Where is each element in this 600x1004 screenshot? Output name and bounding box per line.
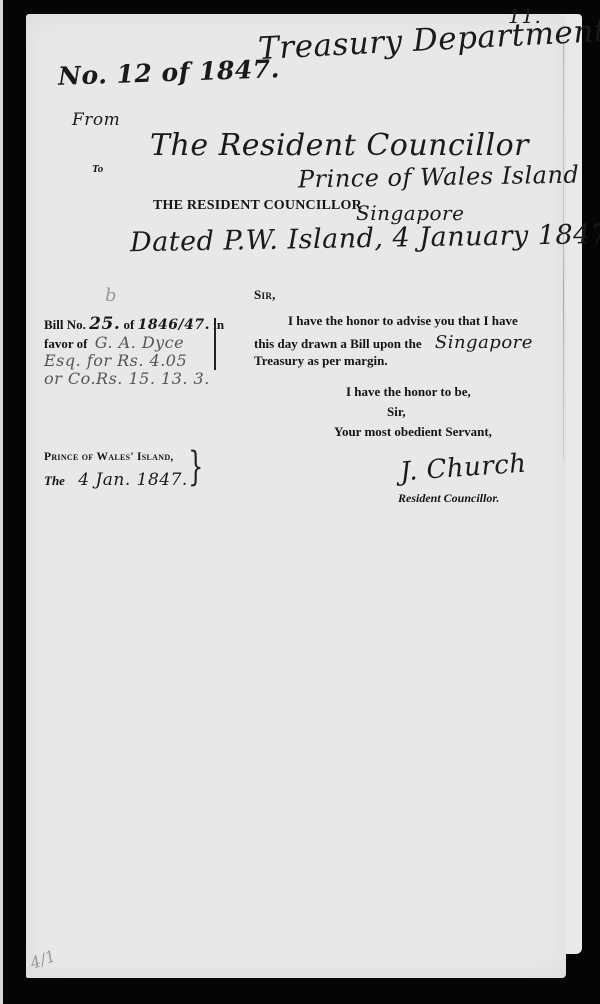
payee-amount: Esq. for Rs. 4.05	[44, 351, 187, 370]
bill-year: 1846/47.	[138, 317, 210, 333]
body-line-3: Treasury as per margin.	[254, 353, 388, 369]
place-brace: }	[188, 447, 203, 487]
the-label: The	[44, 473, 65, 488]
bill-number: 25.	[89, 314, 120, 334]
from-label: From	[72, 110, 120, 130]
letter-date: 4 Jan. 1847.	[78, 470, 188, 490]
closing-line-3: Your most obedient Servant,	[334, 424, 492, 440]
closing-line-1: I have the honor to be,	[346, 384, 471, 400]
closing-line-2: Sir,	[387, 404, 406, 420]
body-line-1: I have the honor to advise you that I ha…	[288, 313, 518, 329]
salutation: Sir,	[254, 287, 276, 303]
drawee-treasury: Singapore	[435, 332, 533, 353]
of-label: of	[123, 317, 134, 332]
signature-title: Resident Councillor.	[398, 491, 499, 506]
place-label: Prince of Wales' Island,	[44, 451, 174, 463]
pencil-mark: b	[105, 285, 117, 306]
payee-name: G. A. Dyce	[95, 333, 184, 352]
from-value: The Resident Councillor	[150, 128, 529, 163]
to-label: To	[92, 163, 103, 175]
body-line-2-prefix: this day drawn a Bill upon the	[254, 336, 422, 351]
margin-divider	[214, 318, 216, 370]
adjacent-page-edge	[0, 0, 3, 1004]
margin-bill-line-1: Bill No. 25. of 1846/47. in	[44, 314, 224, 334]
bill-label: Bill No.	[44, 317, 86, 332]
place-date-line: The 4 Jan. 1847.	[44, 470, 188, 490]
from-location: Prince of Wales Island	[298, 161, 580, 194]
to-value: THE RESIDENT COUNCILLOR	[153, 198, 362, 214]
favor-label: favor of	[44, 336, 87, 351]
margin-bill-line-2: favor of G. A. Dyce	[44, 333, 184, 352]
body-line-2: this day drawn a Bill upon the Singapore	[254, 332, 533, 353]
payee-amount-company-rupees: or Co.Rs. 15. 13. 3.	[44, 369, 210, 388]
